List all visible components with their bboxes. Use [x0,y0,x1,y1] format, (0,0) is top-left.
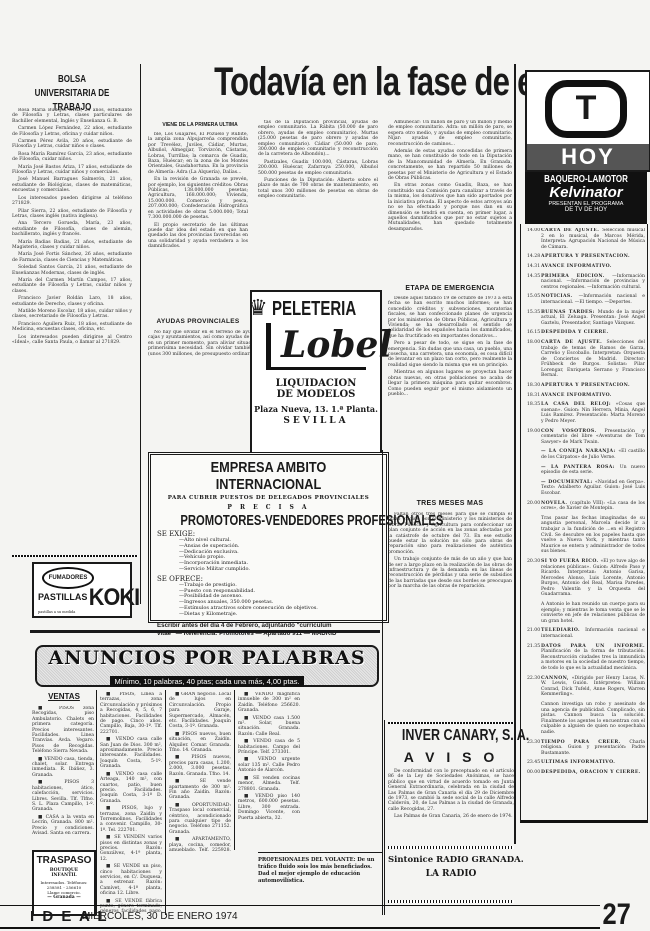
paragraph: Pastizales, Guadix 100.000, Cástaras, Lo… [258,160,378,176]
classified-item: ■ OPORTUNIDAD: Traspaso local comercial,… [169,803,231,835]
tv-program: 21.35DATOS PARA UN INFORME. Planificació… [527,644,645,672]
lobel-logo: Lobel [266,323,366,370]
classified-item: ■ SE vende apartamento de 300 m². Fin añ… [169,779,231,801]
tv-desc: TIEMPO PARA CREER. Charla religiosa. Gui… [541,740,645,757]
peleteria-address: Plaza Nueva, 13. 1.ª Planta. [252,404,380,414]
column-divider [140,64,141,604]
tv-desc: — LA PANTERA ROSA: Un nuevo episodio de … [541,465,645,476]
tv-desc: AVANCE INFORMATIVO. [541,264,645,270]
classified-item: ■ PISOS zona Recogidas, piso Ambulatorio… [32,706,94,755]
sponsor-line2: DE TV DE HOY [525,207,647,213]
tv-program: — LA CONEJA NARANJA: «El castillo de los… [527,449,645,460]
modelos-text: DE MODELOS [252,389,380,400]
bolsa-entry: Soledad Santos García, 21 años, estudian… [12,265,132,276]
paragraph: Mientras en algunos lugares se proyectan… [388,370,512,397]
tv-program: 14.35PRIMERA EDICION. —Información nacio… [527,274,645,291]
tv-desc: CARTA DE AJUSTE. Selección musical 2 en … [541,228,645,250]
tv-time [527,449,541,460]
article-col-3: Almuñécar: Un millón de paro y un millón… [388,120,512,280]
koki-tagline: pastillas a su medida [38,610,75,614]
tv-desc: CANNON, «Dirigido por Henry Lucas, N. W.… [541,676,645,698]
traspaso-phones: Interesados. Teléfonos: 258581 - 256610 [34,880,94,890]
tv-program: 22.30CANNON, «Dirigido por Henry Lucas, … [527,676,645,698]
fumadores-oval: FUMADORES [42,567,94,589]
tv-program: A Antonio le han reunido un cuerpo para … [527,602,645,624]
paragraph: Funciones de la Diputación: Alberto sobr… [258,178,378,200]
tv-screen-icon: T [545,80,627,138]
classified-item: ■ PISOS nuevos, buen situación, en Zaidí… [169,732,231,754]
tv-time: 18.00 [527,340,541,379]
classifieds-banner: ANUNCIOS POR PALABRAS Mínimo, 10 palabra… [35,645,379,687]
bolsa-entry: José Manuel Barragues Salmerón, 21 años,… [12,177,132,193]
inver-body: De conformidad con lo preceptuado en el … [388,769,514,812]
footer-rule-top [0,905,600,906]
tv-program: 19.00CON VOSOTROS. Presentación y coment… [527,429,645,446]
tv-desc: DESPEDIDA, ORACION Y CIERRE. [541,770,645,776]
issue-date: MIERCOLES, 30 DE ENERO 1974 [82,911,238,922]
tv-hoy-logo: T HOY [525,70,650,172]
tv-desc: DESPEDIDA Y CIERRE. [541,330,645,336]
pastillas-text: PASTILLAS [38,592,87,602]
tv-program: — DOCUMENTAL: «Navidad en Gerpa». Texto:… [527,480,645,497]
classifieds-tagline: Mínimo, 10 palabras, 40 ptas; cada una m… [110,676,303,687]
empresa-footer-1: Escribir antes del día 4 de Febrero, adj… [157,622,380,629]
article-col-1: ble, Los Guajares, El Pozuelo y Rubite, … [148,132,248,302]
empresa-subtitle: PARA CUBRIR PUESTOS DE DELEGADOS PROVINC… [151,495,386,501]
classified-item: ■ APARTAMENTO, playa, cocina, comedor, a… [169,837,231,852]
bolsa-entry: María Badias Badias, 21 años, estudiante… [12,240,132,251]
inver-signature: Las Palmas de Gran Canaria, 26 de enero … [388,814,514,819]
traspaso-line2: INFANTIL [34,873,94,878]
tv-program: 15.35BUENAS TARDES: Mundo de la mujer ac… [527,310,645,327]
peleteria-brand: PELETERIA [272,298,356,321]
tv-time: 19.00 [527,429,541,446]
tv-program: 18.31AVANCE INFORMATIVO. [527,393,645,399]
sponsor-top: BAQUERO-LAMOTOR [537,174,635,185]
bolsa-entry: Los interesados pueden dirigirse al Cent… [12,335,132,346]
bolsa-entry: Carmen Pérez Avila, 20 años, estudiante … [12,139,132,150]
inver-canary-ad: INVER CANARY, S. A. A V I S O De conform… [388,727,514,820]
tv-program: 18.00CARTA DE AJUSTE. Selecciones del tr… [527,340,645,379]
koki-ad: FUMADORES PASTILLAS KOKI pastillas a su … [32,562,132,618]
koki-logo: KOKI [89,584,139,612]
tv-desc: — DOCUMENTAL: «Navidad en Gerpa». Texto:… [541,480,645,497]
subhead-tres-meses: TRES MESES MAS [388,500,512,507]
headline: Todavía en la fase de emergencia [148,60,510,105]
tv-time: 16.15 [527,330,541,336]
tv-box-left [520,224,521,822]
article-col-3b: Desde aquel fatídico 19 de octubre de 19… [388,296,512,494]
bolsa-entry: Rosa María Bullejos Ortiz, 25 años, estu… [12,108,132,124]
classified-item: ■ PISOS nuevos, precios para casas, 1.20… [169,755,231,777]
tv-time: 23.45 [527,760,541,766]
classified-item: ■ VENDO casa calle San Juan de Dios. 300… [100,737,162,769]
tv-program: 14.00CARTA DE AJUSTE. Selección musical … [527,228,645,250]
tv-desc: NOVELA. (capítulo VIII): «La casa de los… [541,501,645,512]
radio-line2: LA RADIO [388,869,514,879]
divider [388,846,514,849]
tv-box-bottom [520,820,648,823]
article-col-3c: Faltan otros tres meses para que se cump… [388,512,512,720]
tv-desc: Tras pasar las fechas imaginadas de su a… [541,516,645,555]
tv-time: 21.35 [527,644,541,672]
tv-time: 14.28 [527,254,541,260]
tv-time: 18.35 [527,402,541,424]
tv-time: 14.35 [527,274,541,291]
tv-program: 16.15DESPEDIDA Y CIERRE. [527,330,645,336]
tv-program-list: 14.00CARTA DE AJUSTE. Selección musical … [527,228,645,818]
aviso-title: A V I S O [388,749,514,765]
tv-program: 00.00DESPEDIDA, ORACION Y CIERRE. [527,770,645,776]
ventas-heading: VENTAS [34,692,94,701]
radio-line1: Sintonice RADIO GRANADA. [388,855,514,865]
bolsa-entry: María del Carmen Martín Campos, 17 años,… [12,278,132,294]
tv-time: 14.31 [527,264,541,270]
tv-desc: CARTA DE AJUSTE. Selecciones del trabajo… [541,340,645,379]
classified-item: ■ PISOS, lujo y terrazas, zona Zaidín y … [100,806,162,833]
tv-desc: SI YO FUERA RICO. «El yo tuve algo de re… [541,559,645,598]
classifieds-banner-title: ANUNCIOS POR PALABRAS [37,647,377,669]
tv-program: 20.00NOVELA. (capítulo VIII): «La casa d… [527,501,645,512]
tv-time [527,702,541,736]
kelvinator-logo: Kelvinator [525,185,647,201]
profesionales-notice: PROFESIONALES DEL VOLANTE: De un tráfico… [258,857,382,885]
divider [388,722,514,724]
requirement-item: —Servicio Militar cumplido. [179,567,386,573]
tv-program: 14.31AVANCE INFORMATIVO. [527,264,645,270]
bolsa-entry: Los interesados pueden dirigirse al telé… [12,196,132,207]
classified-item: ■ GRAN negocio. Local de lujos en Circun… [169,692,231,730]
tv-time [527,465,541,476]
radio-granada-ad: Sintonice RADIO GRANADA. LA RADIO [388,855,514,879]
tv-program: 14.28APERTURA Y PRESENTACION. [527,254,645,260]
column-divider [384,720,385,915]
classified-item: ■ VENDO casa de 5 habitaciones. Campo de… [238,739,300,755]
tv-desc: Cannon investiga un robo y asesinato de … [541,702,645,736]
tv-time: 18.30 [527,383,541,389]
tv-desc: A Antonio le han reunido un cuerpo para … [541,602,645,624]
paragraph: En la revisión de Granada se prevén, por… [148,177,248,220]
classified-item: ■ VENDO casa calle Arteaga, 140 m², con … [100,772,162,804]
tv-program: 23.30TIEMPO PARA CREER. Charla religiosa… [527,740,645,757]
paragraph: El propio secretario de las últimas pued… [148,223,248,250]
classified-item: ■ VENDO casa 1.500 m². Solar, buena situ… [238,716,300,738]
tv-desc: AVANCE INFORMATIVO. [541,393,645,399]
empresa-main: PROMOTORES-VENDEDORES PROFESIONALES [180,512,356,529]
tv-desc: CON VOSOTROS. Presentación y comentario … [541,429,645,446]
tv-program: 15.05NOTICIAS. —Información nacional e i… [527,294,645,305]
tv-time: 00.00 [527,770,541,776]
classified-item: ■ SE VENDEN varios pisos en distintas zo… [100,835,162,862]
bolsa-entry: Francisco Aguilera Ruiz, 18 años, estudi… [12,322,132,333]
tv-time: 20.00 [527,501,541,512]
crown-icon: ♛ [248,298,268,320]
classified-item: ■ SE venden cocinas menor, Almeda. Telf.… [238,776,300,792]
paragraph: tas de la Diputación provincial, ayudas … [258,120,378,158]
tv-time [527,516,541,555]
bolsa-entry: Ana Tercero Gorueda, María, 23 años, est… [12,221,132,237]
traspaso-city: — Granada — [34,895,94,900]
classifieds-col-1: ■ PISOS zona Recogidas, piso Ambulatorio… [32,706,94,846]
paragraph: Además de estas ayudas concedidas de pri… [388,149,512,181]
tv-program: 23.45ULTIMAS INFORMATIVO. [527,760,645,766]
tv-time: 14.00 [527,228,541,250]
tv-program: 18.30APERTURA Y PRESENTACION. [527,383,645,389]
tv-desc: APERTURA Y PRESENTACION. [541,254,645,260]
tv-program: 18.35LA CASA DEL RELOJ: «Cosas que suena… [527,402,645,424]
empresa-ad: EMPRESA AMBITO INTERNACIONAL PARA CUBRIR… [148,452,389,623]
tv-desc: PRIMERA EDICION. —Información nacional. … [541,274,645,291]
paragraph: Pero a pesar de todo, se sigue en la fas… [388,341,512,368]
column-divider [382,450,383,915]
bolsa-entry: Pilar Sierra, 22 años, estudiante de Fil… [12,209,132,220]
tv-time: 20.30 [527,559,541,598]
traspaso-title: TRASPASO [34,855,94,866]
classified-item: ■ VENDO casa, tienda, chalet, solar. Ent… [32,757,94,779]
tv-desc: — LA CONEJA NARANJA: «El castillo de los… [541,449,645,460]
classifieds-col-3: ■ GRAN negocio. Local de lujos en Circun… [169,692,231,852]
tv-desc: APERTURA Y PRESENTACION. [541,383,645,389]
empresa-title: EMPRESA AMBITO INTERNACIONAL [169,459,369,493]
bolsa-entry: María José Bastos Ariza, 17 años, estudi… [12,165,132,176]
classifieds-col-2: ■ PISOS, Linea a terrazas, zona Circunva… [100,692,162,912]
bolsa-entry: Rosa María Ramírez García, 23 años, estu… [12,152,132,163]
subhead-etapa: ETAPA DE EMERGENCIA [388,285,512,292]
peleteria-city: SEVILLA [252,416,380,426]
continuation-label: VIENE DE LA PRIMERA ULTIMA [150,122,250,128]
liquidacion-text: LIQUIDACION [252,378,380,389]
tv-time [527,480,541,497]
requirement-item: —Dietas y Kilometraje. [179,612,386,618]
column-divider [96,690,97,915]
exige-list: —Alto nivel cultural.—Ansias de superaci… [179,538,386,573]
tv-time [527,602,541,624]
tv-time: 21.00 [527,628,541,639]
classified-item: ■ CASA a la venta en Lecrín, Granada. 80… [32,815,94,837]
traspaso-ad: TRASPASO BOUTIQUE INFANTIL Interesados. … [32,850,96,916]
peleteria-ad: ♛ PELETERIA Lobel LIQUIDACION DE MODELOS… [250,290,382,454]
tv-program: Tras pasar las fechas imaginadas de su a… [527,516,645,555]
paragraph: Desde aquel fatídico 19 de octubre de 19… [388,296,512,339]
paragraph: Un trabajo conjunto de más de un año y q… [388,557,512,589]
bolsa-entry: Francisco Javier Roldán Laro, 18 años, e… [12,296,132,307]
tv-program: 21.00TELEDIARIO. Información nacional e … [527,628,645,639]
classified-item: ■ VENDO urgente solar 135 m². Calle Pedr… [238,757,300,773]
bolsa-entry: Matilde Moreno Escolar, 18 años, cuidar … [12,309,132,320]
tv-desc: BUENAS TARDES: Mundo de la mujer actual,… [541,310,645,327]
paragraph: Almuñécar: Un millón de paro y un millón… [388,120,512,147]
classified-item: ■ VENDO magnífica inmueble de 300 m² en … [238,692,300,714]
tv-desc: TELEDIARIO. Información nacional e inter… [541,628,645,639]
tv-desc: ULTIMAS INFORMATIVO. [541,760,645,766]
footer-rule-bottom [0,927,600,929]
kelvinator-sponsor: BAQUERO-LAMOTOR Kelvinator PRESENTAN EL … [525,172,647,224]
tv-letter: T [552,87,620,129]
tv-time: 18.31 [527,393,541,399]
divider [388,900,514,903]
tv-hoy-label: HOY [527,144,649,170]
tv-time: 15.05 [527,294,541,305]
ofrece-list: —Trabajo de prestigio.—Puesto con respon… [179,583,386,618]
tv-desc: LA CASA DEL RELOJ: «Cosas que suenan». G… [541,402,645,424]
classified-item: ■ PISOS 3 habitaciones, ático, calefacci… [32,780,94,812]
subhead-ayudas: AYUDAS PROVINCIALES [148,318,248,325]
paragraph: ble, Los Guajares, El Pozuelo y Rubite, … [148,132,248,175]
tv-program: 20.30SI YO FUERA RICO. «El yo tuve algo … [527,559,645,598]
article-col-2: tas de la Diputación provincial, ayudas … [258,120,378,285]
tv-program: Cannon investiga un robo y asesinato de … [527,702,645,736]
column-divider [234,690,235,850]
empresa-precisa: P R E C I S A [151,504,386,511]
tv-program: — LA PANTERA ROSA: Un nuevo episodio de … [527,465,645,476]
page-number: 27 [603,898,631,931]
bolsa-entry: María José Fortis Sánchez, 26 años, estu… [12,252,132,263]
tv-box-right [647,224,648,822]
classified-item: ■ PISOS, Linea a terrazas, zona Circunva… [100,692,162,735]
inver-title: INVER CANARY, S. A. [402,727,500,745]
tv-time: 15.35 [527,310,541,327]
divider [30,630,380,633]
classified-item: ■ VENDO piso 140 metros, 600.000 pesetas… [238,794,300,821]
tv-time: 22.30 [527,676,541,698]
bolsa-entry: Carmen López Fernández, 22 años, estudia… [12,126,132,137]
tv-time: 23.30 [527,740,541,757]
bolsa-entries: Rosa María Bullejos Ortiz, 25 años, estu… [12,108,132,468]
classifieds-col-4: ■ VENDO magnífica inmueble de 300 m² en … [238,692,300,852]
column-divider [165,690,166,915]
divider [12,555,138,557]
divider [258,852,382,853]
tv-desc: NOTICIAS. —Información nacional e intern… [541,294,645,305]
tv-desc: DATOS PARA UN INFORME. Planificación de … [541,644,645,672]
paragraph: En otras zonas como Guadix, Baza, se han… [388,183,512,232]
classified-item: ■ SE VENDE un piso, cinco habitaciones y… [100,864,162,896]
